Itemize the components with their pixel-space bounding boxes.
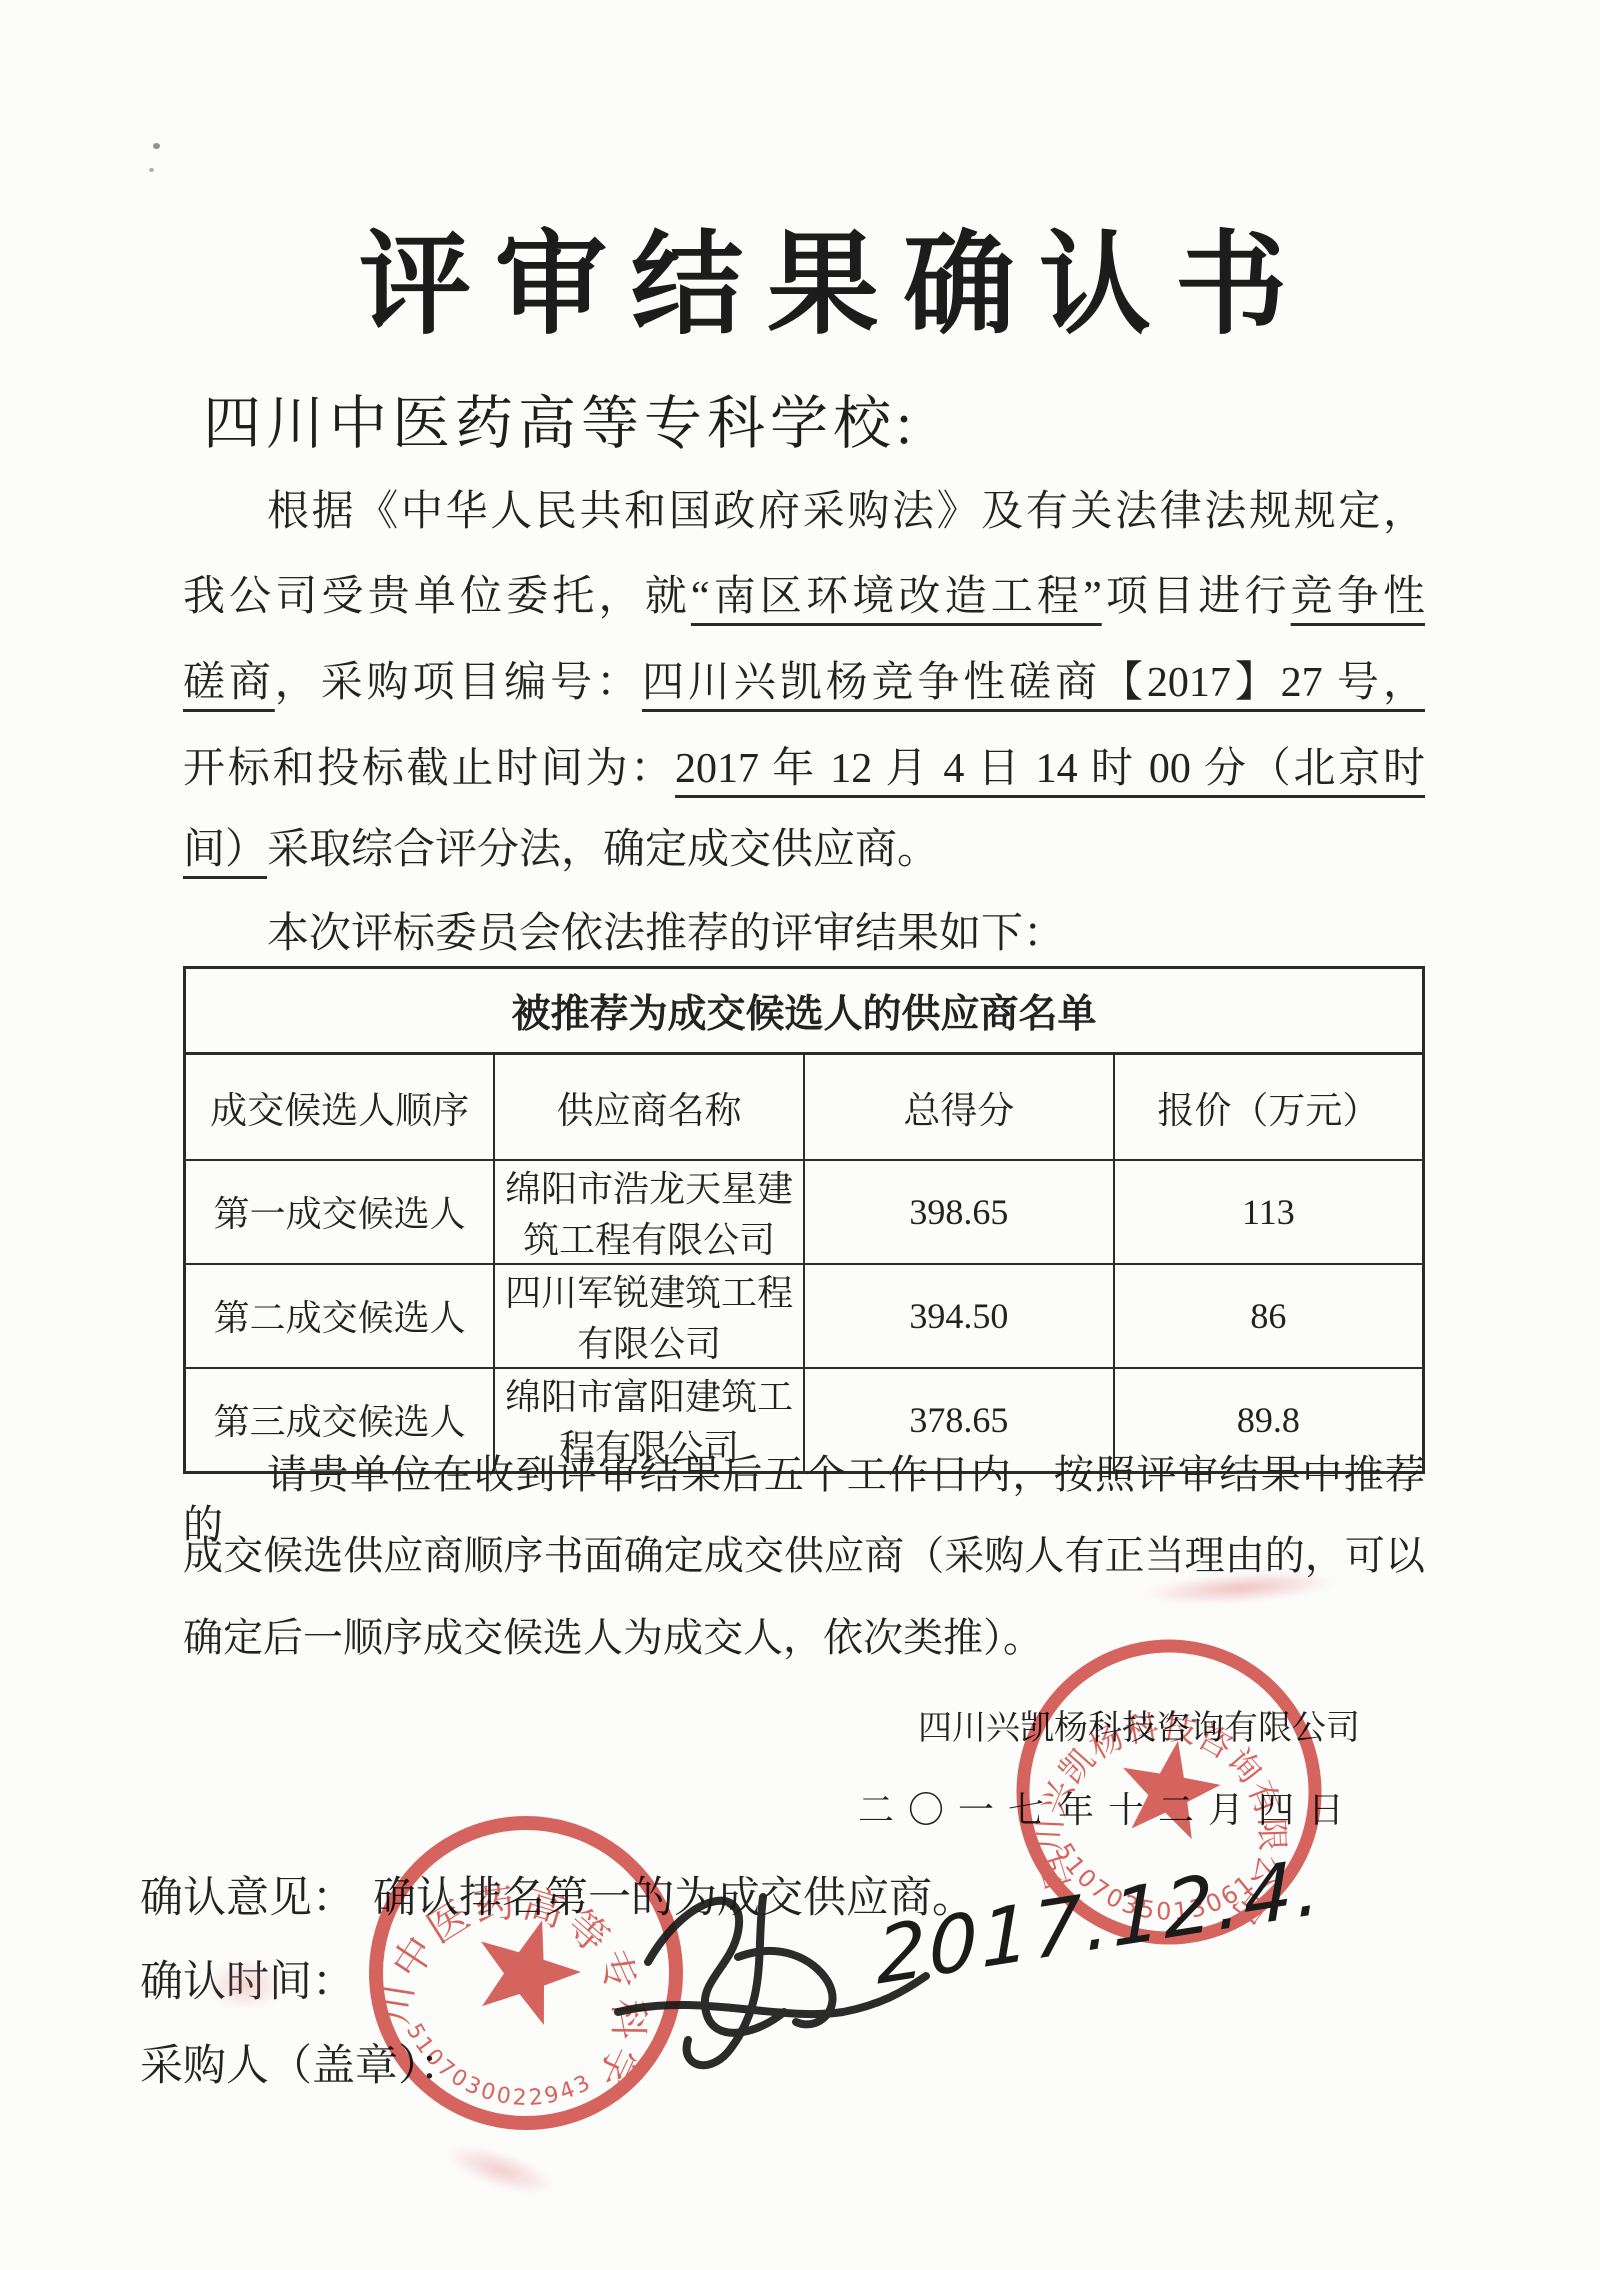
underlined-run: “南区环境改造工程” xyxy=(691,574,1102,620)
underlined-run: 2017 年 12 月 4 日 14 时 00 分（北京时 xyxy=(675,746,1425,792)
page-title: 评审结果确认书 xyxy=(190,230,1480,342)
table-row: 第一成交候选人 绵阳市浩龙天星建筑工程有限公司 398.65 113 xyxy=(185,1160,1424,1264)
col-header-score: 总得分 xyxy=(804,1054,1114,1160)
scan-speck xyxy=(149,168,154,172)
underlined-run: 四川兴凯杨竞争性磋商【2017】27 号， xyxy=(642,660,1425,706)
body-line: 开标和投标截止时间为：2017 年 12 月 4 日 14 时 00 分（北京时 xyxy=(183,743,1425,796)
cell-score: 394.50 xyxy=(804,1264,1114,1368)
text-run: 确定后一顺序成交候选人为成交人，依次类推）。 xyxy=(183,1615,1043,1660)
table-row: 第二成交候选人 四川军锐建筑工程有限公司 394.50 86 xyxy=(185,1264,1424,1368)
ink-smudge xyxy=(190,1950,300,2020)
cell-rank: 第一成交候选人 xyxy=(185,1160,495,1264)
col-header-price: 报价（万元） xyxy=(1114,1054,1424,1160)
addressee-line: 四川中医药高等专科学校: xyxy=(203,392,917,456)
text-run: 根据《中华人民共和国政府采购法》及有关法律法规规定， xyxy=(267,489,1425,535)
table-header-row: 成交候选人顺序 供应商名称 总得分 报价（万元） xyxy=(185,1054,1424,1160)
text-run: 采取综合评分法，确定成交供应商。 xyxy=(267,827,939,873)
cell-price: 86 xyxy=(1114,1264,1424,1368)
cell-rank: 第二成交候选人 xyxy=(185,1264,495,1368)
document-page: 评审结果确认书 四川中医药高等专科学校: 根据《中华人民共和国政府采购法》及有关… xyxy=(0,0,1600,2270)
col-header-supplier: 供应商名称 xyxy=(494,1054,804,1160)
cell-supplier: 四川军锐建筑工程有限公司 xyxy=(494,1264,804,1368)
table-caption-row: 被推荐为成交候选人的供应商名单 xyxy=(185,968,1424,1054)
confirm-opinion-label: 确认意见： xyxy=(140,1875,355,1922)
cell-price: 113 xyxy=(1114,1160,1424,1264)
scan-speck xyxy=(153,143,160,149)
body-line: 我公司受贵单位委托，就“南区环境改造工程”项目进行竞争性 xyxy=(183,571,1425,624)
cell-score: 398.65 xyxy=(804,1160,1114,1264)
result-table: 被推荐为成交候选人的供应商名单 成交候选人顺序 供应商名称 总得分 报价（万元）… xyxy=(183,966,1425,1474)
underlined-run: 间） xyxy=(183,827,267,873)
col-header-rank: 成交候选人顺序 xyxy=(185,1054,495,1160)
underlined-run: 竞争性 xyxy=(1291,574,1425,620)
text-run: 本次评标委员会依法推荐的评审结果如下： xyxy=(267,911,1065,957)
underlined-run: 磋商 xyxy=(183,660,275,706)
body-line: 根据《中华人民共和国政府采购法》及有关法律法规规定， xyxy=(183,486,1425,539)
text-run: 我公司受贵单位委托，就 xyxy=(183,574,691,620)
body-line: 本次评标委员会依法推荐的评审结果如下： xyxy=(183,908,1425,961)
text-run: 项目进行 xyxy=(1102,574,1291,620)
text-run: ，采购项目编号： xyxy=(275,660,642,706)
text-run: 开标和投标截止时间为： xyxy=(183,746,675,792)
table-caption: 被推荐为成交候选人的供应商名单 xyxy=(185,968,1424,1054)
body-line: 磋商，采购项目编号：四川兴凯杨竞争性磋商【2017】27 号， xyxy=(183,657,1425,710)
cell-supplier: 绵阳市浩龙天星建筑工程有限公司 xyxy=(494,1160,804,1264)
body-line: 间）采取综合评分法，确定成交供应商。 xyxy=(183,824,1425,877)
